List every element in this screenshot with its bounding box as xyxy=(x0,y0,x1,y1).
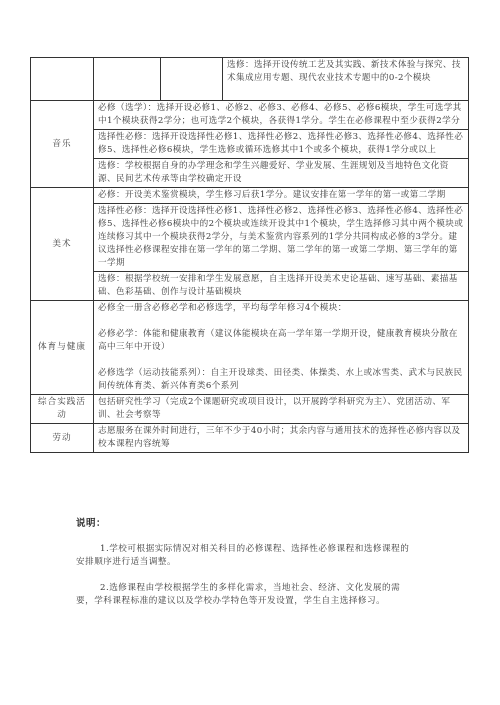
note-item: 1.学校可根据实际情况对相关科目的必修课程、选择性必修课程和选修课程的安排顺序进… xyxy=(76,543,416,569)
notes-section: 说明： 1.学校可根据实际情况对相关科目的必修课程、选择性必修课程和选修课程的安… xyxy=(76,517,416,621)
requirement-cell: 志愿服务在课外时间进行，三年不少于40小时；其余内容与通用技术的选择性必修内容以… xyxy=(94,424,469,453)
table-row-labor: 劳动 志愿服务在课外时间进行，三年不少于40小时；其余内容与通用技术的选择性必修… xyxy=(31,424,469,453)
table-row-art: 美术 必修：开设美术鉴赏模块，学生修习后获1学分。建议安排在第一学年的第一或第二… xyxy=(31,188,469,204)
pe-paragraph: 必修必学：体能和健康教育（建议体能模块在高一学年第一学期开设，健康教育模块分散在… xyxy=(98,328,464,354)
subject-cell: 体育与健康 xyxy=(31,301,94,395)
blank-cell xyxy=(94,58,161,101)
subject-cell: 音乐 xyxy=(31,101,94,188)
requirement-cell: 必修全一册含必修必学和必修选学，平均每学年修习4个模块： 必修必学：体能和健康教… xyxy=(94,301,469,395)
subject-cell: 美术 xyxy=(31,188,94,301)
requirement-cell: 选择性必修：选择开设选择性必修1、选择性必修2、选择性必修3、选择性必修4、选择… xyxy=(94,130,469,159)
notes-title: 说明： xyxy=(76,517,416,530)
elective-cell: 选修：选择开设传统工艺及其实践、新技术体验与探究、技术集成应用专题、现代农业技术… xyxy=(223,58,469,101)
table-row-music: 选修：学校根据自身的办学理念和学生兴趣爱好、学业发展、生涯规划及当地特色文化资源… xyxy=(31,159,469,188)
curriculum-table: 选修：选择开设传统工艺及其实践、新技术体验与探究、技术集成应用专题、现代农业技术… xyxy=(30,57,469,453)
pe-paragraph: 必修全一册含必修必学和必修选学，平均每学年修习4个模块： xyxy=(98,302,464,315)
requirement-cell: 选修：学校根据自身的办学理念和学生兴趣爱好、学业发展、生涯规划及当地特色文化资源… xyxy=(94,159,469,188)
document-page: 选修：选择开设传统工艺及其实践、新技术体验与探究、技术集成应用专题、现代农业技术… xyxy=(0,0,500,705)
table-row-continuation: 选修：选择开设传统工艺及其实践、新技术体验与探究、技术集成应用专题、现代农业技术… xyxy=(31,58,469,101)
requirement-cell: 必修：开设美术鉴赏模块，学生修习后获1学分。建议安排在第一学年的第一或第二学期 xyxy=(94,188,469,204)
requirement-cell: 选择性必修：选择开设选择性必修1、选择性必修2、选择性必修3、选择性必修4、选择… xyxy=(94,204,469,272)
table-row-pe: 体育与健康 必修全一册含必修必学和必修选学，平均每学年修习4个模块： 必修必学：… xyxy=(31,301,469,395)
subject-cell: 综合实践活动 xyxy=(31,395,94,424)
table-row-music: 选择性必修：选择开设选择性必修1、选择性必修2、选择性必修3、选择性必修4、选择… xyxy=(31,130,469,159)
subject-cell: 劳动 xyxy=(31,424,94,453)
table-row-music: 音乐 必修（选学）：选择开设必修1、必修2、必修3、必修4、必修5、必修6模块，… xyxy=(31,101,469,130)
blank-cell xyxy=(161,58,223,101)
requirement-cell: 包括研究性学习（完成2个课题研究或项目设计，以开展跨学科研究为主）、党团活动、军… xyxy=(94,395,469,424)
requirement-cell: 必修（选学）：选择开设必修1、必修2、必修3、必修4、必修5、必修6模块，学生可… xyxy=(94,101,469,130)
pe-paragraph: 必修选学（运动技能系列）：自主开设球类、田径类、体操类、水上或冰雪类、武术与民族… xyxy=(98,367,464,393)
note-item: 2.选修课程由学校根据学生的多样化需求，当地社会、经济、文化发展的需要，学科课程… xyxy=(76,582,416,608)
table-row-practice: 综合实践活动 包括研究性学习（完成2个课题研究或项目设计，以开展跨学科研究为主）… xyxy=(31,395,469,424)
table-row-art: 选修：根据学校统一安排和学生发展意愿，自主选择开设美术史论基础、速写基础、素描基… xyxy=(31,272,469,301)
blank-cell xyxy=(31,58,94,101)
table-row-art: 选择性必修：选择开设选择性必修1、选择性必修2、选择性必修3、选择性必修4、选择… xyxy=(31,204,469,272)
requirement-cell: 选修：根据学校统一安排和学生发展意愿，自主选择开设美术史论基础、速写基础、素描基… xyxy=(94,272,469,301)
